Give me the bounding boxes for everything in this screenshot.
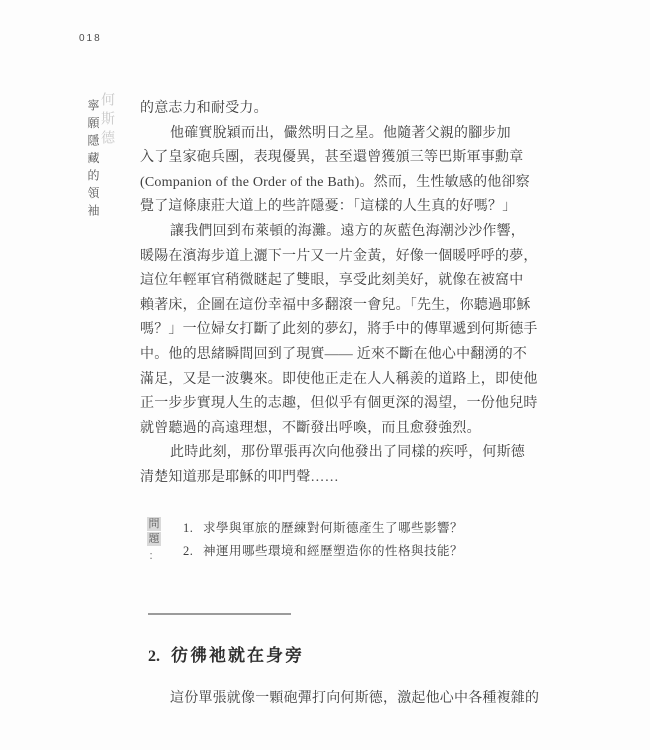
section-heading: 2. 彷彿祂就在身旁 — [148, 641, 304, 666]
question-item-2: 2.神運用哪些環境和經歷塑造你的性格與技能？ — [183, 542, 463, 560]
body-text-line: 入了皇家砲兵團，表現優異，甚至還曾獲頒三等巴斯軍事勳章 — [140, 146, 520, 171]
body-text-line: 嗎？」一位婦女打斷了此刻的夢幻，將手中的傳單遞到何斯德手 — [140, 318, 520, 343]
question-2-text: 神運用哪些環境和經歷塑造你的性格與技能？ — [203, 544, 463, 558]
body-text-line: 此時此刻，那份單張再次向他發出了同樣的疾呼，何斯德 — [140, 441, 520, 466]
body-text-line: 的意志力和耐受力。 — [140, 97, 520, 122]
section-divider — [148, 613, 291, 615]
question-1-number: 1. — [183, 519, 203, 537]
questions-label-char-2: 題 — [147, 532, 161, 546]
body-text-line: (Companion of the Order of the Bath)。然而，… — [140, 171, 520, 196]
body-text-line: 讓我們回到布萊頓的海灘。遠方的灰藍色海潮沙沙作響， — [140, 220, 520, 245]
question-1-text: 求學與軍旅的歷練對何斯德產生了哪些影響？ — [203, 521, 463, 535]
section-title: 彷彿祂就在身旁 — [171, 641, 304, 666]
body-text-line: 賴著床，企圖在這份幸福中多翻滾一會兒。「先生，你聽過耶穌 — [140, 294, 520, 319]
section-number: 2. — [148, 648, 160, 666]
body-text-line: 中。他的思緒瞬間回到了現實—— 近來不斷在他心中翻湧的不 — [140, 343, 520, 368]
book-page: 018 何斯德 寧願隱藏的領袖 的意志力和耐受力。他確實脫穎而出，儼然明日之星。… — [0, 0, 650, 750]
page-number: 018 — [79, 33, 102, 44]
body-text-line: 暖陽在濱海步道上灑下一片又一片金黃，好像一個暖呼呼的夢， — [140, 245, 520, 270]
question-item-1: 1.求學與軍旅的歷練對何斯德產生了哪些影響？ — [183, 519, 463, 537]
body-text-line: 這位年輕軍官稍微瞇起了雙眼，享受此刻美好，就像在被窩中 — [140, 269, 520, 294]
body-text-line: 就曾聽過的高遠理想，不斷發出呼喚，而且愈發強烈。 — [140, 417, 520, 442]
spine-book-subtitle: 寧願隱藏的領袖 — [85, 99, 102, 222]
body-text-line: 滿足，又是一波襲來。即使他正走在人人稱羨的道路上，即使他 — [140, 368, 520, 393]
body-text-block: 的意志力和耐受力。他確實脫穎而出，儼然明日之星。他隨著父親的腳步加入了皇家砲兵團… — [140, 97, 520, 491]
body-text-line: 他確實脫穎而出，儼然明日之星。他隨著父親的腳步加 — [140, 122, 520, 147]
section-first-paragraph-line: 這份單張就像一顆砲彈打向何斯德，激起他心中各種複雜的 — [140, 687, 539, 707]
questions-label-colon: ： — [147, 547, 161, 563]
body-text-line: 覺了這條康莊大道上的些許隱憂：「這樣的人生真的好嗎？」 — [140, 195, 520, 220]
questions-label-char-1: 問 — [147, 517, 161, 531]
question-2-number: 2. — [183, 542, 203, 560]
body-text-line: 正一步步實現人生的志趣，但似乎有個更深的渴望，一份他兒時 — [140, 392, 520, 417]
body-text-line: 清楚知道那是耶穌的叩門聲…… — [140, 466, 520, 491]
